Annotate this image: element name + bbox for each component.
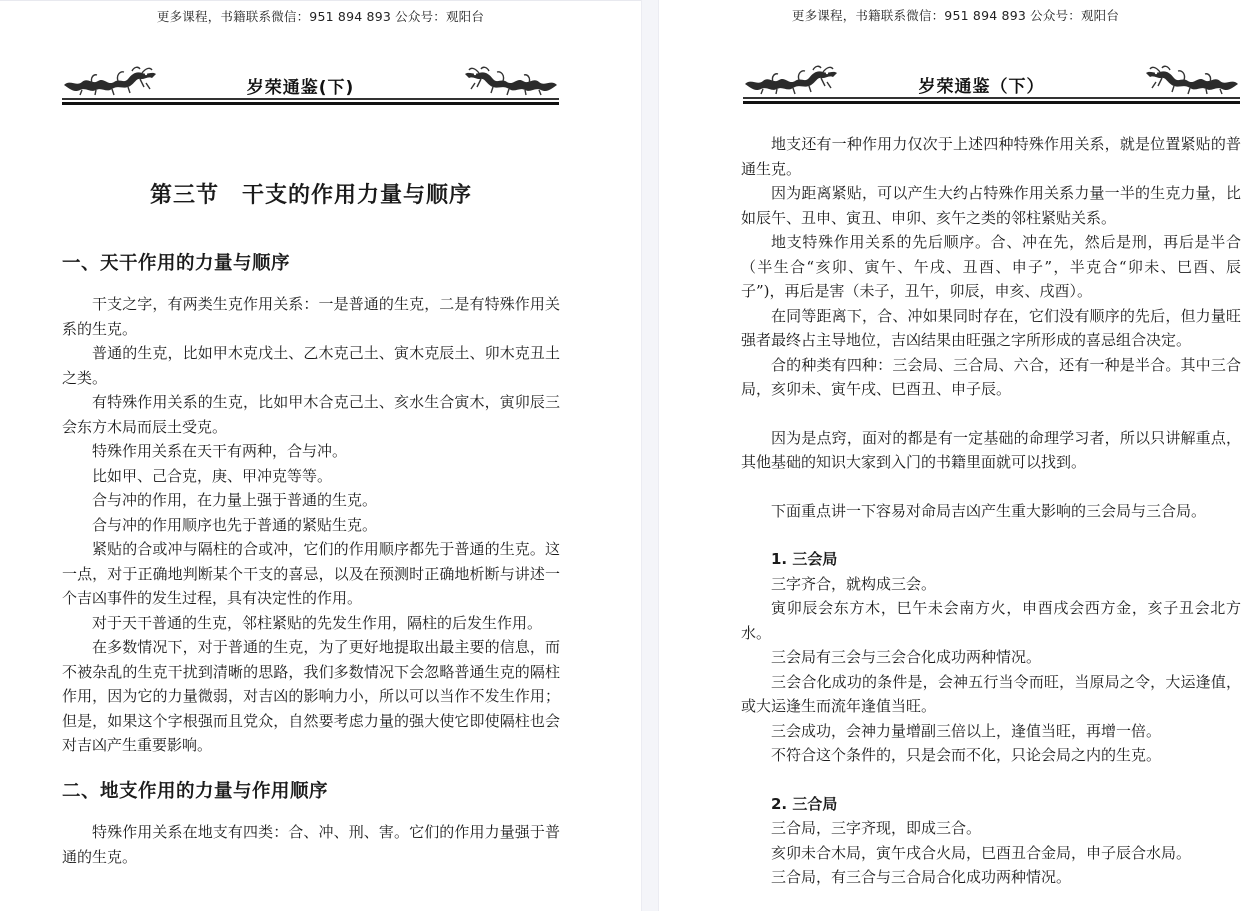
paragraph: 三字齐合，就构成三会。 xyxy=(741,572,1241,597)
paragraph: 对于天干普通的生克，邻柱紧贴的先发生作用，隔柱的后发生作用。 xyxy=(62,611,560,636)
paragraph: 在多数情况下，对于普通的生克，为了更好地提取出最主要的信息，而不被杂乱的生克干扰… xyxy=(62,635,560,758)
page-content: 第三节 干支的作用力量与顺序 一、天干作用的力量与顺序 干支之字，有两类生克作用… xyxy=(62,183,560,869)
paragraph: 地支还有一种作用力仅次于上述四种特殊作用关系，就是位置紧贴的普通生克。 xyxy=(741,132,1241,181)
subsection-title-sanhe: 2. 三合局 xyxy=(741,792,1241,817)
paragraph: 因为距离紧贴，可以产生大约占特殊作用关系力量一半的生克力量，比如辰午、丑申、寅丑… xyxy=(741,181,1241,230)
header-rule-thin xyxy=(743,97,1240,99)
paragraph: 特殊作用关系在地支有四类：合、冲、刑、害。它们的作用力量强于普通的生克。 xyxy=(62,820,560,869)
paragraph: 普通的生克，比如甲木克戊土、乙木克己土、寅木克辰土、卯木克丑土之类。 xyxy=(62,341,560,390)
running-head: 岁荣通鉴（下） xyxy=(743,58,1240,104)
paragraph: 亥卯未合木局，寅午戌合火局，巳酉丑合金局，申子辰合水局。 xyxy=(741,841,1241,866)
header-rule-thick xyxy=(743,101,1240,104)
paragraph: 三合局，有三合与三合局合化成功两种情况。 xyxy=(741,865,1241,890)
heading-dizhi: 二、地支作用的力量与作用顺序 xyxy=(62,780,560,805)
document-page-right: 更多课程，书籍联系微信：951 894 893 公众号：观阳台 岁荣通鉴（下） … xyxy=(659,0,1252,911)
paragraph: 三会成功，会神力量增副三倍以上，逢值当旺，再增一倍。 xyxy=(741,719,1241,744)
paragraph: 特殊作用关系在天干有两种，合与冲。 xyxy=(62,439,560,464)
dragon-ornament-icon xyxy=(463,65,559,97)
page-content: 地支还有一种作用力仅次于上述四种特殊作用关系，就是位置紧贴的普通生克。 因为距离… xyxy=(741,132,1241,890)
paragraph: 有特殊作用关系的生克，比如甲木合克己土、亥水生合寅木，寅卯辰三会东方木局而辰土受… xyxy=(62,390,560,439)
page-gap xyxy=(641,0,659,911)
watermark-contact: 更多课程，书籍联系微信：951 894 893 公众号：观阳台 xyxy=(0,7,641,25)
paragraph: 三会合化成功的条件是，会神五行当令而旺，当原局之令，大运逢值，或大运逢生而流年逢… xyxy=(741,670,1241,719)
header-rule-thin xyxy=(62,98,559,100)
paragraph: 干支之字，有两类生克作用关系：一是普通的生克，二是有特殊作用关系的生克。 xyxy=(62,292,560,341)
paragraph: 比如甲、己合克，庚、甲冲克等等。 xyxy=(62,464,560,489)
section-title: 第三节 干支的作用力量与顺序 xyxy=(62,183,560,208)
paragraph: 地支特殊作用关系的先后顺序。合、冲在先，然后是刑，再后是半合（半生合“亥卯、寅午… xyxy=(741,230,1241,304)
subsection-title-sanhui: 1. 三会局 xyxy=(741,547,1241,572)
watermark-contact: 更多课程，书籍联系微信：951 894 893 公众号：观阳台 xyxy=(659,6,1252,24)
header-rule-thick xyxy=(62,102,559,105)
paragraph: 紧贴的合或冲与隔柱的合或冲，它们的作用顺序都先于普通的生克。这一点，对于正确地判… xyxy=(62,537,560,611)
paragraph: 三合局，三字齐现，即成三合。 xyxy=(741,816,1241,841)
paragraph: 因为是点窍，面对的都是有一定基础的命理学习者，所以只讲解重点，其他基础的知识大家… xyxy=(741,426,1241,475)
paragraph: 合与冲的作用顺序也先于普通的紧贴生克。 xyxy=(62,513,560,538)
document-page-left: 更多课程，书籍联系微信：951 894 893 公众号：观阳台 岁荣通鉴(下) … xyxy=(0,0,641,911)
running-head: 岁荣通鉴(下) xyxy=(62,59,559,105)
heading-tiangan: 一、天干作用的力量与顺序 xyxy=(62,252,560,277)
paragraph: 不符合这个条件的，只是会而不化，只论会局之内的生克。 xyxy=(741,743,1241,768)
paragraph: 三会局有三会与三会合化成功两种情况。 xyxy=(741,645,1241,670)
paragraph: 合与冲的作用，在力量上强于普通的生克。 xyxy=(62,488,560,513)
dragon-ornament-icon xyxy=(1144,64,1240,96)
paragraph: 在同等距离下，合、冲如果同时存在，它们没有顺序的先后，但力量旺强者最终占主导地位… xyxy=(741,304,1241,353)
paragraph: 寅卯辰会东方木，巳午未会南方火，申酉戌会西方金，亥子丑会北方水。 xyxy=(741,596,1241,645)
paragraph: 合的种类有四种：三会局、三合局、六合，还有一种是半合。其中三合局，亥卯未、寅午戌… xyxy=(741,353,1241,402)
paragraph: 下面重点讲一下容易对命局吉凶产生重大影响的三会局与三合局。 xyxy=(741,499,1241,524)
